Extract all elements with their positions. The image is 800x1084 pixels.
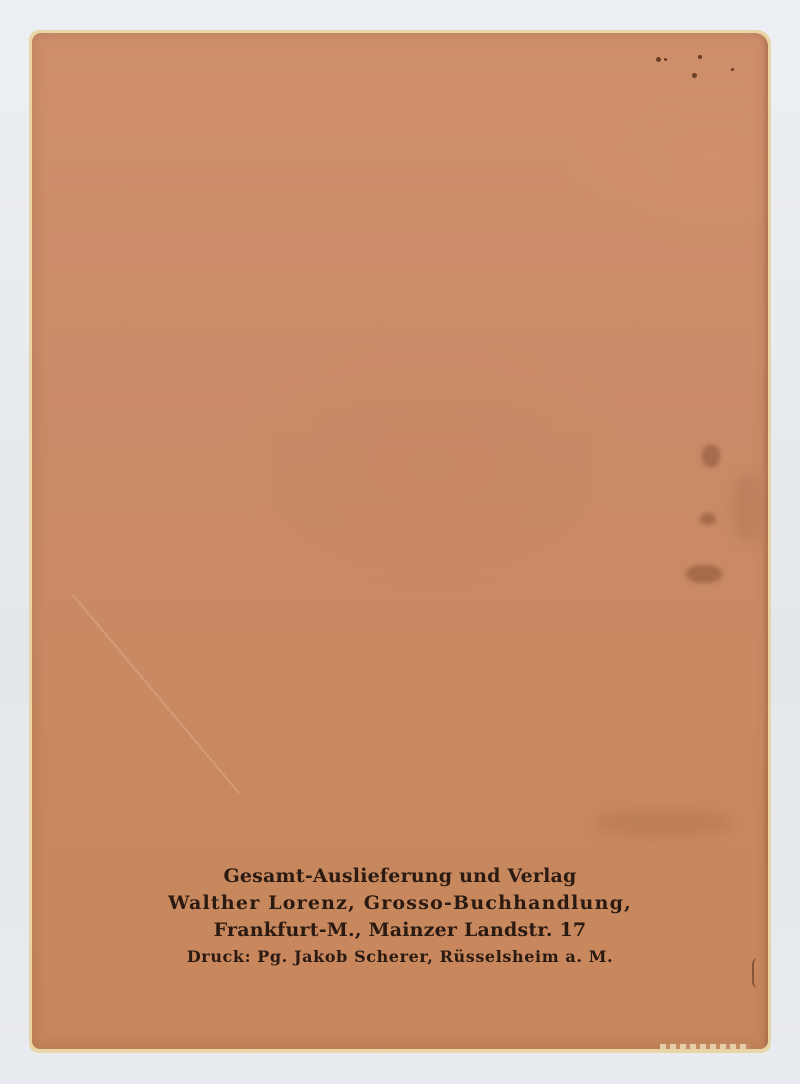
photo-background: Gesamt-Auslieferung und Verlag Walther L… (0, 0, 800, 1084)
imprint-address: Frankfurt-M., Mainzer Landstr. 17 (32, 917, 768, 944)
booklet-back-cover: Gesamt-Auslieferung und Verlag Walther L… (32, 33, 768, 1049)
bottom-edge-wear (660, 1044, 750, 1049)
edge-stain (702, 445, 720, 467)
water-stain (592, 809, 732, 837)
imprint-printer: Druck: Pg. Jakob Scherer, Rüsselsheim a.… (32, 944, 768, 970)
cover-crease (71, 593, 240, 793)
edge-stain (700, 513, 716, 525)
imprint-distribution: Gesamt-Auslieferung und Verlag (32, 863, 768, 890)
imprint-publisher: Walther Lorenz, Grosso-Buchhandlung, (32, 890, 768, 917)
foxing-spot (731, 68, 734, 71)
edge-stain (686, 565, 722, 583)
foxing-spot (698, 55, 702, 59)
publisher-imprint: Gesamt-Auslieferung und Verlag Walther L… (32, 863, 768, 970)
edge-discoloration (732, 473, 762, 543)
foxing-spot (664, 58, 667, 61)
foxing-spot (656, 57, 661, 62)
foxing-spot (692, 73, 697, 78)
